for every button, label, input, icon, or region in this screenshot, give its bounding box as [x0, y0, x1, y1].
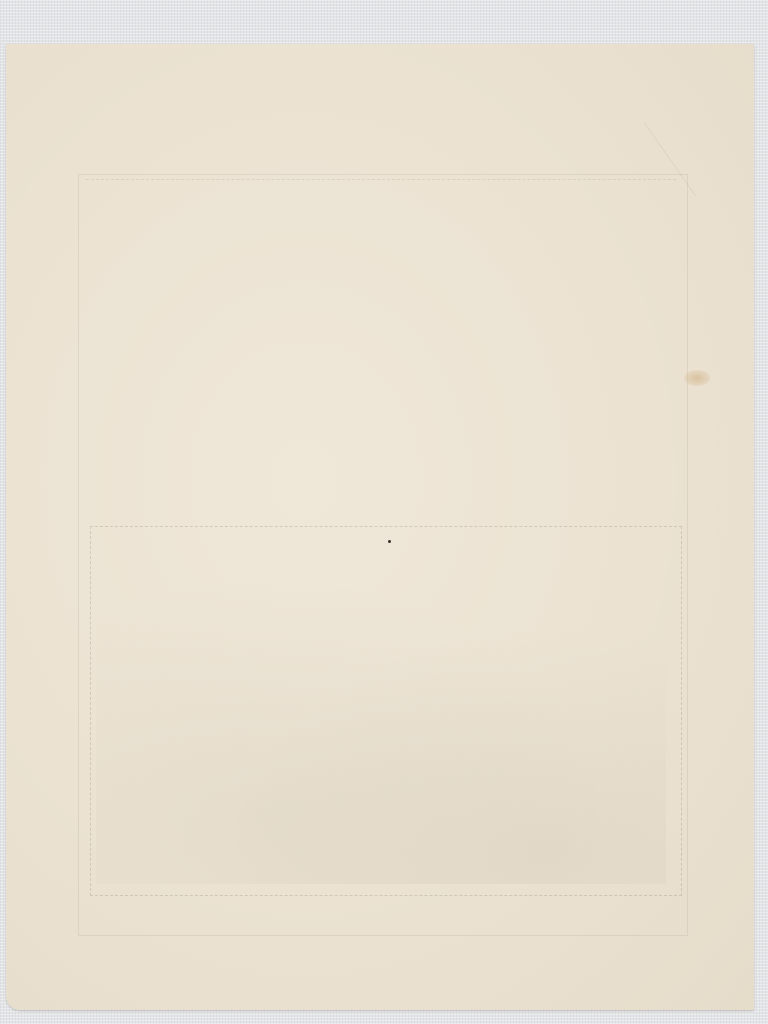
show-through-upper-frame — [86, 179, 676, 300]
paper-sheet — [6, 44, 754, 1010]
foxing-stain — [684, 370, 710, 386]
ink-speck — [388, 540, 391, 543]
show-through-shading — [96, 534, 666, 884]
photo-scene — [0, 0, 768, 1024]
